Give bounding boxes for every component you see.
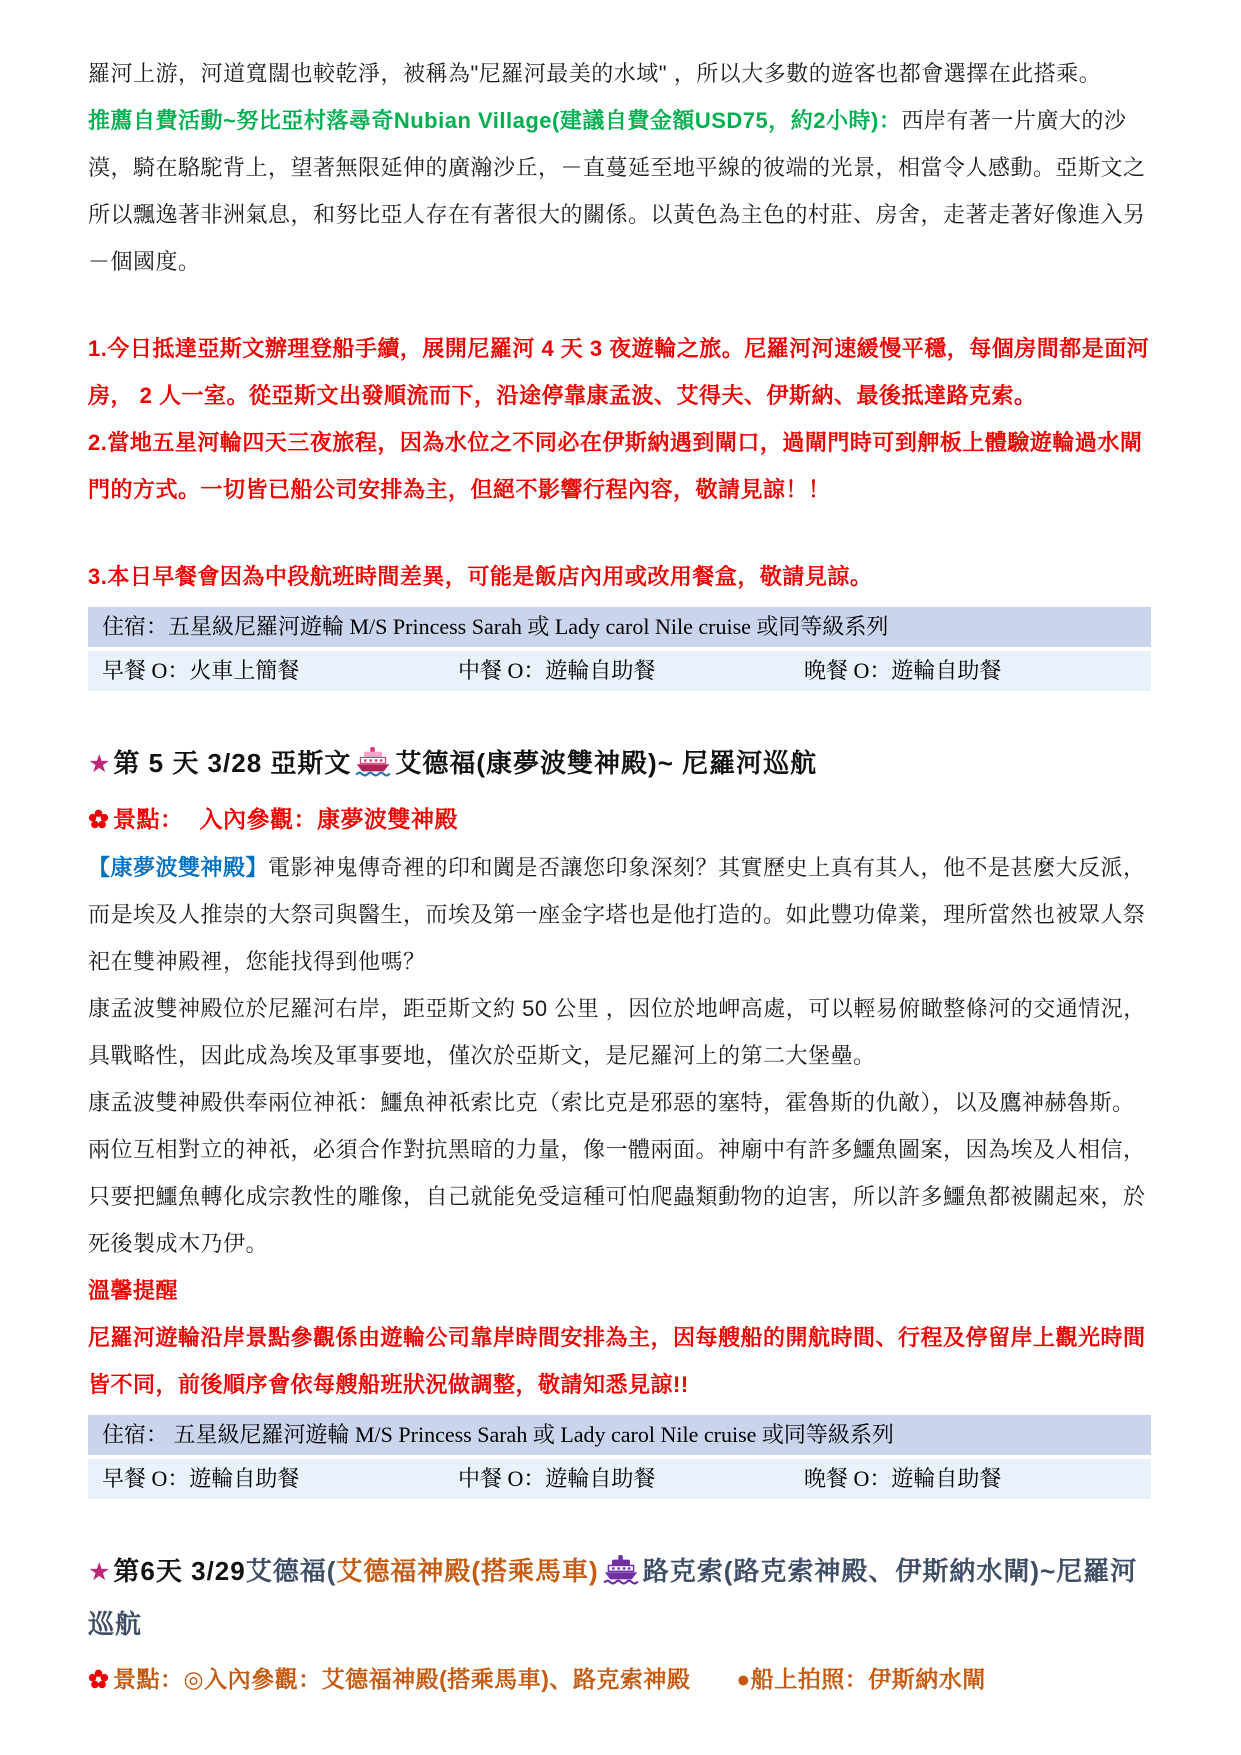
- day6-photo-text: 船上拍照：伊斯納水閘: [751, 1666, 986, 1692]
- cruise-ship-icon: [603, 1554, 639, 1585]
- flower-icon: [88, 1669, 109, 1690]
- cruise-ship-icon: [355, 746, 391, 777]
- day5-lodging-table: 住宿： 五星級尼羅河遊輪 M/S Princess Sarah 或 Lady c…: [88, 1415, 1151, 1499]
- star-icon: ★: [88, 750, 113, 778]
- breakfast-cell: 早餐 O：火車上簡餐: [102, 651, 458, 691]
- kom-ombo-location: 康孟波雙神殿位於尼羅河右岸，距亞斯文約 50 公里 ，因位於地岬高處，可以輕易俯…: [88, 985, 1155, 1079]
- lodging-row: 住宿： 五星級尼羅河遊輪 M/S Princess Sarah 或 Lady c…: [88, 1415, 1151, 1455]
- meals-row: 早餐 O：遊輪自助餐 中餐 O：遊輪自助餐 晚餐 O：遊輪自助餐: [88, 1459, 1151, 1499]
- lodging-row: 住宿：五星級尼羅河遊輪 M/S Princess Sarah 或 Lady ca…: [88, 607, 1151, 647]
- breakfast-note-3: 3.本日早餐會因為中段航班時間差異，可能是飯店內用或改用餐盒，敬請見諒。: [88, 553, 1155, 600]
- day6-title-edfu-temple: 艾德福神殿(搭乘馬車): [336, 1556, 598, 1586]
- cruise-note-1: 1.今日抵達亞斯文辦理登船手續，展開尼羅河 4 天 3 夜遊輪之旅。尼羅河河速緩…: [88, 325, 1155, 419]
- kom-ombo-gods: 康孟波雙神殿供奉兩位神祇：鱷魚神祇索比克（索比克是邪惡的塞特，霍魯斯的仇敵），以…: [88, 1079, 1155, 1267]
- nubian-paragraph: 推薦自費活動~努比亞村落尋奇Nubian Village(建議自費金額USD75…: [88, 97, 1155, 285]
- day6-title-edfu: 艾德福(: [246, 1556, 337, 1586]
- day6-scenic-line: 景點：◎入內參觀：艾德福神殿(搭乘馬車)、路克索神殿●船上拍照：伊斯納水閘: [88, 1660, 1155, 1698]
- dinner-cell: 晚餐 O：遊輪自助餐: [804, 1459, 1151, 1499]
- itinerary-page: 羅河上游，河道寬闊也較乾淨，被稱為"尼羅河最美的水域" ，所以大多數的遊客也都會…: [0, 0, 1241, 1755]
- kom-ombo-label: 【康夢波雙神殿】: [88, 855, 268, 880]
- reminder-title: 溫馨提醒: [88, 1267, 1155, 1314]
- dinner-cell: 晚餐 O：遊輪自助餐: [804, 651, 1151, 691]
- bullet-icon: ●: [736, 1666, 750, 1692]
- breakfast-cell: 早餐 O：遊輪自助餐: [102, 1459, 458, 1499]
- reminder-text: 尼羅河遊輪沿岸景點參觀係由遊輪公司靠岸時間安排為主，因每艘船的開航時間、行程及停…: [88, 1314, 1155, 1408]
- day6-scenic-text: 景點：◎入內參觀：艾德福神殿(搭乘馬車)、路克索神殿: [113, 1666, 690, 1692]
- intro-paragraph: 羅河上游，河道寬闊也較乾淨，被稱為"尼羅河最美的水域" ，所以大多數的遊客也都會…: [88, 50, 1155, 97]
- star-icon: ★: [88, 1558, 113, 1586]
- cruise-note-2: 2.當地五星河輪四天三夜旅程，因為水位之不同必在伊斯納遇到閘口，過閘門時可到舺板…: [88, 419, 1155, 513]
- kom-ombo-section: 【康夢波雙神殿】電影神鬼傳奇裡的印和闐是否讓您印象深刻？其實歷史上真有其人，他不…: [88, 844, 1155, 1267]
- day4-lodging-table: 住宿：五星級尼羅河遊輪 M/S Princess Sarah 或 Lady ca…: [88, 607, 1151, 691]
- nubian-activity-title: 推薦自費活動~努比亞村落尋奇Nubian Village(建議自費金額USD75…: [88, 108, 901, 133]
- day5-scenic-label: 景點：: [113, 806, 184, 832]
- lunch-cell: 中餐 O：遊輪自助餐: [458, 1459, 804, 1499]
- day5-scenic-line: 景點：入內參觀：康夢波雙神殿: [88, 800, 1155, 838]
- day5-title-pre: 第 5 天 3/28 亞斯文: [113, 748, 351, 778]
- day6-title-date: 第6天 3/29: [113, 1556, 245, 1586]
- day5-heading: ★第 5 天 3/28 亞斯文艾德福(康夢波雙神殿)~ 尼羅河巡航: [88, 737, 1155, 790]
- lunch-cell: 中餐 O：遊輪自助餐: [458, 651, 804, 691]
- flower-icon: [88, 809, 109, 830]
- day5-title-post: 艾德福(康夢波雙神殿)~ 尼羅河巡航: [395, 748, 817, 778]
- meals-row: 早餐 O：火車上簡餐 中餐 O：遊輪自助餐 晚餐 O：遊輪自助餐: [88, 651, 1151, 691]
- day6-heading: ★第6天 3/29艾德福(艾德福神殿(搭乘馬車)路克索(路克索神殿、伊斯納水閘)…: [88, 1545, 1155, 1650]
- kom-ombo-intro: 【康夢波雙神殿】電影神鬼傳奇裡的印和闐是否讓您印象深刻？其實歷史上真有其人，他不…: [88, 844, 1155, 985]
- day5-scenic-text: 入內參觀：康夢波雙神殿: [200, 806, 459, 832]
